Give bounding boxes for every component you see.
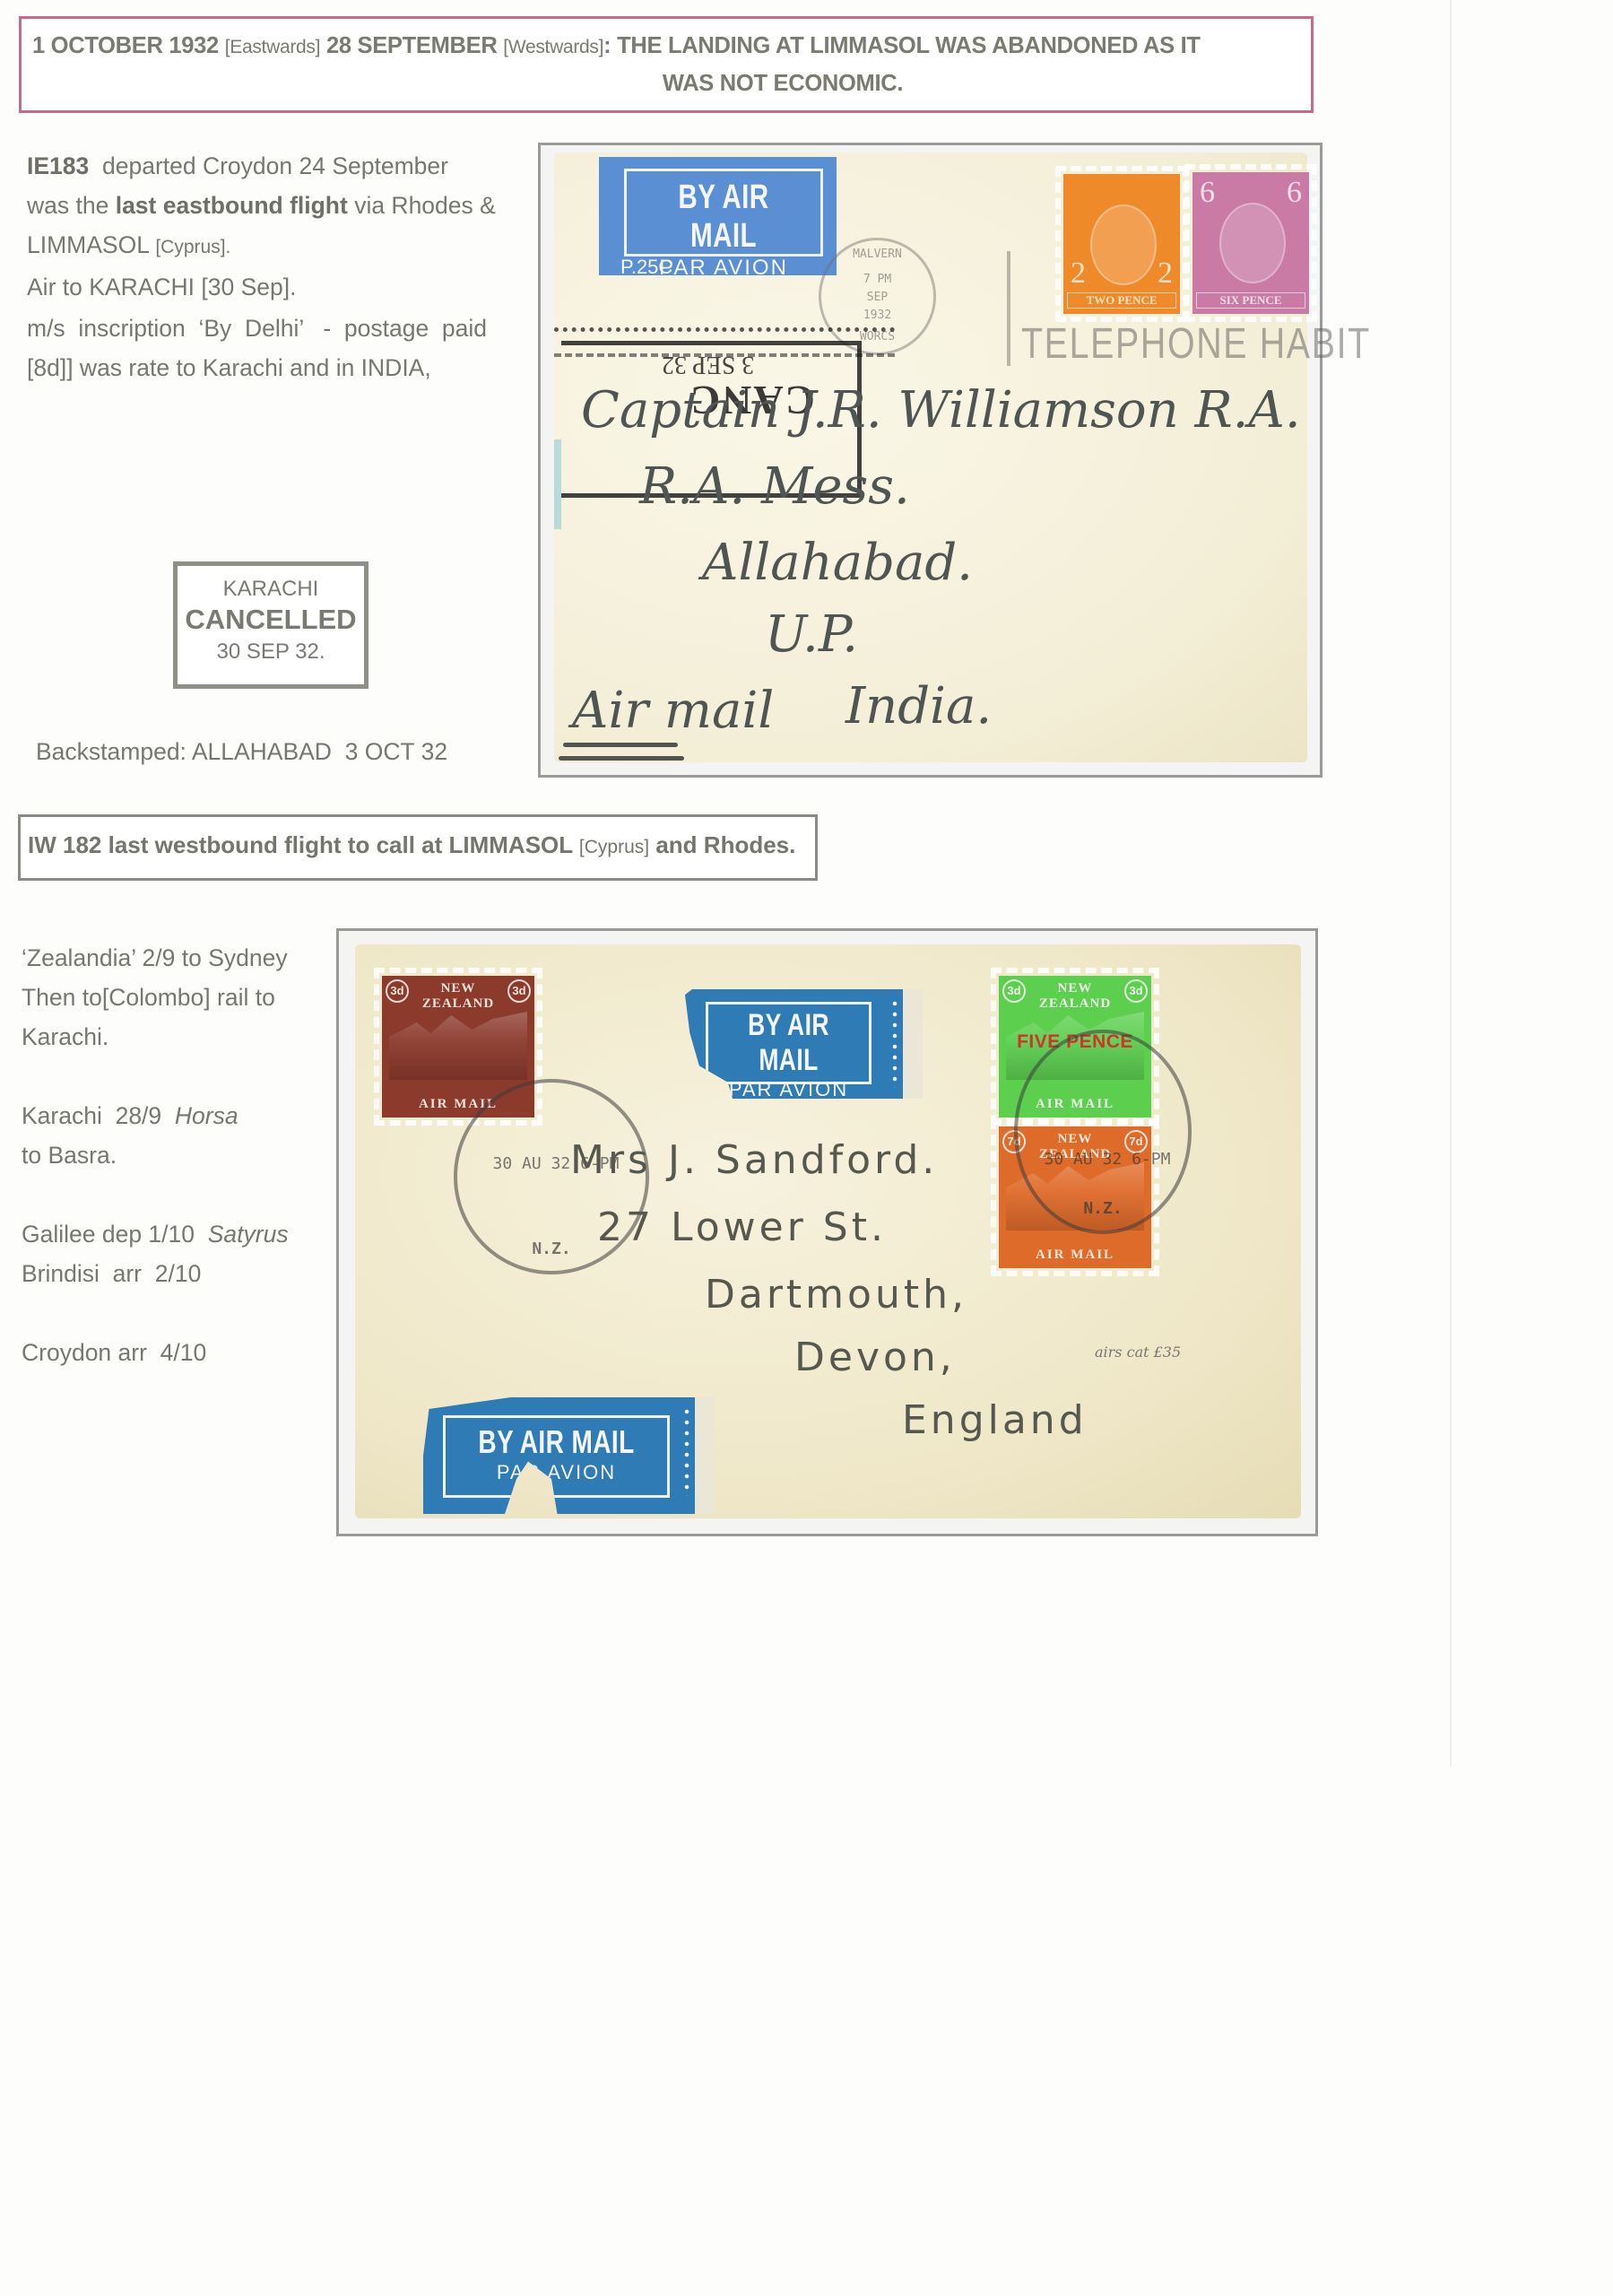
envelope-2-mount: 3d NEW ZEALAND 3d AIR MAIL BY AIR MAIL P… (336, 928, 1318, 1536)
airmail-code: P.25C (620, 256, 672, 279)
desc-line: Air to KARACHI [30 Sep]. (27, 267, 496, 307)
address-line: 27 Lower St. (597, 1205, 887, 1250)
airmail-label: BY AIR MAIL PAR AVION (685, 989, 923, 1099)
airmail-label-frame: BY AIR MAIL PAR AVION (706, 1002, 872, 1084)
karachi-cancelled-box: KARACHI CANCELLED 30 SEP 32. (173, 561, 369, 689)
note-line: Galilee dep 1/10 Satyrus (22, 1214, 289, 1254)
page-header-box: 1 OCTOBER 1932 [Eastwards] 28 SEPTEMBER … (19, 16, 1314, 113)
address-line: England (902, 1397, 1088, 1443)
address-line: India. (846, 677, 992, 735)
desc-line: m/s inscription ‘By Delhi’ - postage pai… (27, 309, 496, 348)
airmail-title: BY AIR MAIL (648, 178, 799, 256)
section2-notes: ‘Zealandia’ 2/9 to Sydney Then to[Colomb… (22, 938, 289, 1372)
header-statement: : THE LANDING AT LIMMASOL WAS ABANDONED … (603, 33, 1201, 58)
header-westwards: [Westwards] (503, 37, 603, 57)
section1-description: IE183 departed Croydon 24 September was … (27, 146, 496, 387)
address-line: Dartmouth, (705, 1272, 967, 1318)
handstamp-date: 3 SEP 32 (662, 350, 754, 378)
address-line: R.A. Mess. (639, 457, 910, 516)
page-edge-shadow (1450, 0, 1452, 1767)
note-line: to Basra. (22, 1135, 289, 1175)
airmail-label-frame: BY AIR MAIL PAR AVION (624, 169, 823, 257)
address-line: Captain J.R. Williamson R.A. (581, 381, 1301, 439)
desc-line: [8d]] was rate to Karachi and in INDIA, (27, 348, 496, 387)
envelope-2: 3d NEW ZEALAND 3d AIR MAIL BY AIR MAIL P… (355, 944, 1301, 1518)
header-line-2: WAS NOT ECONOMIC. (255, 71, 1311, 97)
pencil-note: airs cat £35 (1095, 1344, 1181, 1361)
king-head-icon (1219, 203, 1286, 283)
note-line: Karachi 28/9 Horsa (22, 1096, 289, 1135)
header-eastwards: [Eastwards] (225, 37, 320, 57)
cancelled-label: CANCELLED (178, 604, 364, 636)
perforation-dots (684, 1406, 689, 1496)
note-line: Croydon arr 4/10 (22, 1333, 289, 1372)
desc-line: was the last eastbound flight via Rhodes… (27, 186, 496, 225)
stamp-six-pence: 6 6 SIX PENCE (1192, 172, 1309, 314)
airmail-label-torn: BY AIR MAIL PAR AVION (423, 1397, 715, 1514)
note-line: Karachi. (22, 1017, 289, 1057)
ink-smudge (554, 439, 561, 529)
address-line: Allahabad. (702, 534, 973, 592)
address-line: U.P. (765, 605, 858, 664)
envelope-1: BY AIR MAIL PAR AVION P.25C TELEPHONE HA… (554, 152, 1307, 762)
airmail-label: BY AIR MAIL PAR AVION P.25C (599, 157, 837, 275)
note-line: Brindisi arr 2/10 (22, 1254, 289, 1293)
perforation-dots (892, 998, 898, 1088)
desc-line: IE183 departed Croydon 24 September (27, 146, 496, 186)
label-selvedge (695, 1397, 715, 1514)
address-line: Devon, (794, 1335, 956, 1380)
king-head-icon (1090, 204, 1157, 285)
airmail-annotation: Air mail (572, 682, 774, 740)
karachi-label: KARACHI (178, 577, 364, 602)
nz-postmark: 30 AU 32 6-PM N.Z. (1014, 1030, 1192, 1234)
note-line: Then to[Colombo] rail to (22, 978, 289, 1017)
desc-line: LIMMASOL [Cyprus]. (27, 225, 496, 267)
mountain-scene-icon (389, 1008, 527, 1080)
label-selvedge (903, 989, 923, 1099)
backstamp-note: Backstamped: ALLAHABAD 3 OCT 32 (36, 732, 447, 771)
airmail-label-frame: BY AIR MAIL PAR AVION (443, 1415, 670, 1498)
envelope-1-mount: BY AIR MAIL PAR AVION P.25C TELEPHONE HA… (538, 143, 1322, 778)
section2-title: IW 182 last westbound flight to call at … (28, 831, 573, 858)
underline (559, 756, 684, 761)
header-line-1: 1 OCTOBER 1932 [Eastwards] 28 SEPTEMBER … (32, 33, 1311, 59)
note-line: ‘Zealandia’ 2/9 to Sydney (22, 938, 289, 978)
header-date-east: 1 OCTOBER 1932 (32, 33, 219, 58)
cancel-date: 30 SEP 32. (178, 639, 364, 665)
underline (563, 743, 678, 747)
header-date-west: 28 SEPTEMBER (326, 33, 498, 58)
stamp-two-pence: 2 2 TWO PENCE (1063, 174, 1180, 314)
section2-title-box: IW 182 last westbound flight to call at … (18, 814, 818, 881)
address-line: Mrs J. Sandford. (570, 1137, 938, 1183)
